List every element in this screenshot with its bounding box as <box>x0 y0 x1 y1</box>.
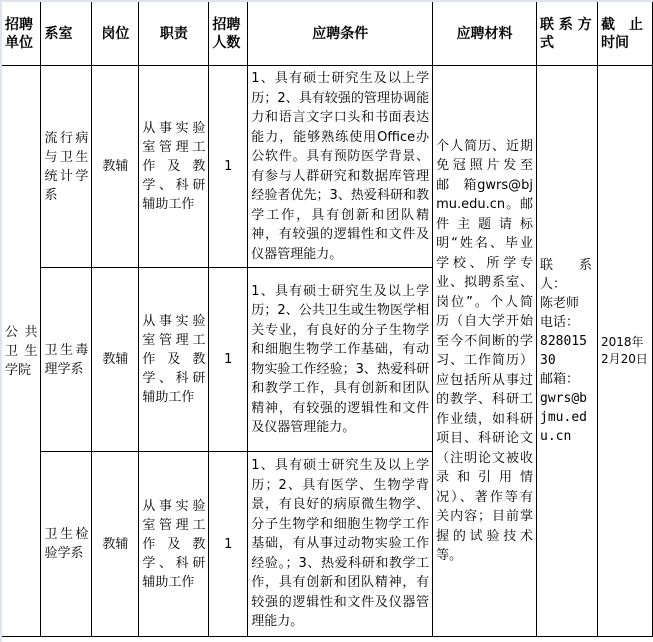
header-department: 系室 <box>41 2 92 66</box>
header-materials: 应聘材料 <box>433 2 537 66</box>
contact-email-label: 邮箱： <box>540 370 594 389</box>
headcount-cell: 1 <box>209 66 248 268</box>
requirements-cell: 1、具有硕士研究生及以上学历；2、具有较强的管理协调能力和语言文字口头和书面表达… <box>248 66 433 268</box>
table-row: 公 共 卫 生 学院 流行病与卫生统计学系 教辅 从事实验室管理工作及教学、科研… <box>2 66 653 268</box>
recruitment-table: 招聘单位 系室 岗位 职责 招聘人数 应聘条件 应聘材料 联 系 方 式 截 止… <box>2 2 653 637</box>
recruiting-unit: 公 共 卫 生 学院 <box>2 66 41 637</box>
header-row: 招聘单位 系室 岗位 职责 招聘人数 应聘条件 应聘材料 联 系 方 式 截 止… <box>2 2 653 66</box>
header-contact: 联 系 方 式 <box>537 2 598 66</box>
contact-email[interactable]: gwrs@bjmu.edu.cn <box>540 389 594 446</box>
contact-cell: 联 系人： 陈老师 电话： 82801530 邮箱： gwrs@bjmu.edu… <box>537 66 598 637</box>
headcount-cell: 1 <box>209 452 248 637</box>
header-unit: 招聘单位 <box>2 2 41 66</box>
contact-phone-label: 电话： <box>540 313 594 332</box>
header-duties: 职责 <box>139 2 209 66</box>
department-cell: 卫生毒理学系 <box>41 268 92 452</box>
duties-cell: 从事实验室管理工作及教学、科研辅助工作 <box>139 66 209 268</box>
header-requirements: 应聘条件 <box>248 2 433 66</box>
header-headcount: 招聘人数 <box>209 2 248 66</box>
headcount-cell: 1 <box>209 268 248 452</box>
contact-phone: 82801530 <box>540 332 594 370</box>
position-cell: 教辅 <box>92 452 139 637</box>
requirements-cell: 1、具有硕士研究生及以上学历；2、公共卫生或生物医学相关专业，有良好的分子生物学… <box>248 268 433 452</box>
duties-cell: 从事实验室管理工作及教学、科研辅助工作 <box>139 268 209 452</box>
contact-person-label: 联 系人： <box>540 256 594 294</box>
header-position: 岗位 <box>92 2 139 66</box>
contact-person: 陈老师 <box>540 294 594 313</box>
position-cell: 教辅 <box>92 66 139 268</box>
materials-cell: 个人简历、近期免冠照片发至 邮 箱gwrs@bjmu.edu.cn。邮件主题请标… <box>433 66 537 637</box>
deadline-cell: 2018年2月20日 <box>597 66 652 637</box>
requirements-cell: 1、具有硕士研究生及以上学历；2、具有医学、生物学背景，有良好的病原微生物学、分… <box>248 452 433 637</box>
duties-cell: 从事实验室管理工作及教学、科研辅助工作 <box>139 452 209 637</box>
department-cell: 卫生检验学系 <box>41 452 92 637</box>
department-cell: 流行病与卫生统计学系 <box>41 66 92 268</box>
header-deadline: 截 止 时间 <box>597 2 652 66</box>
position-cell: 教辅 <box>92 268 139 452</box>
